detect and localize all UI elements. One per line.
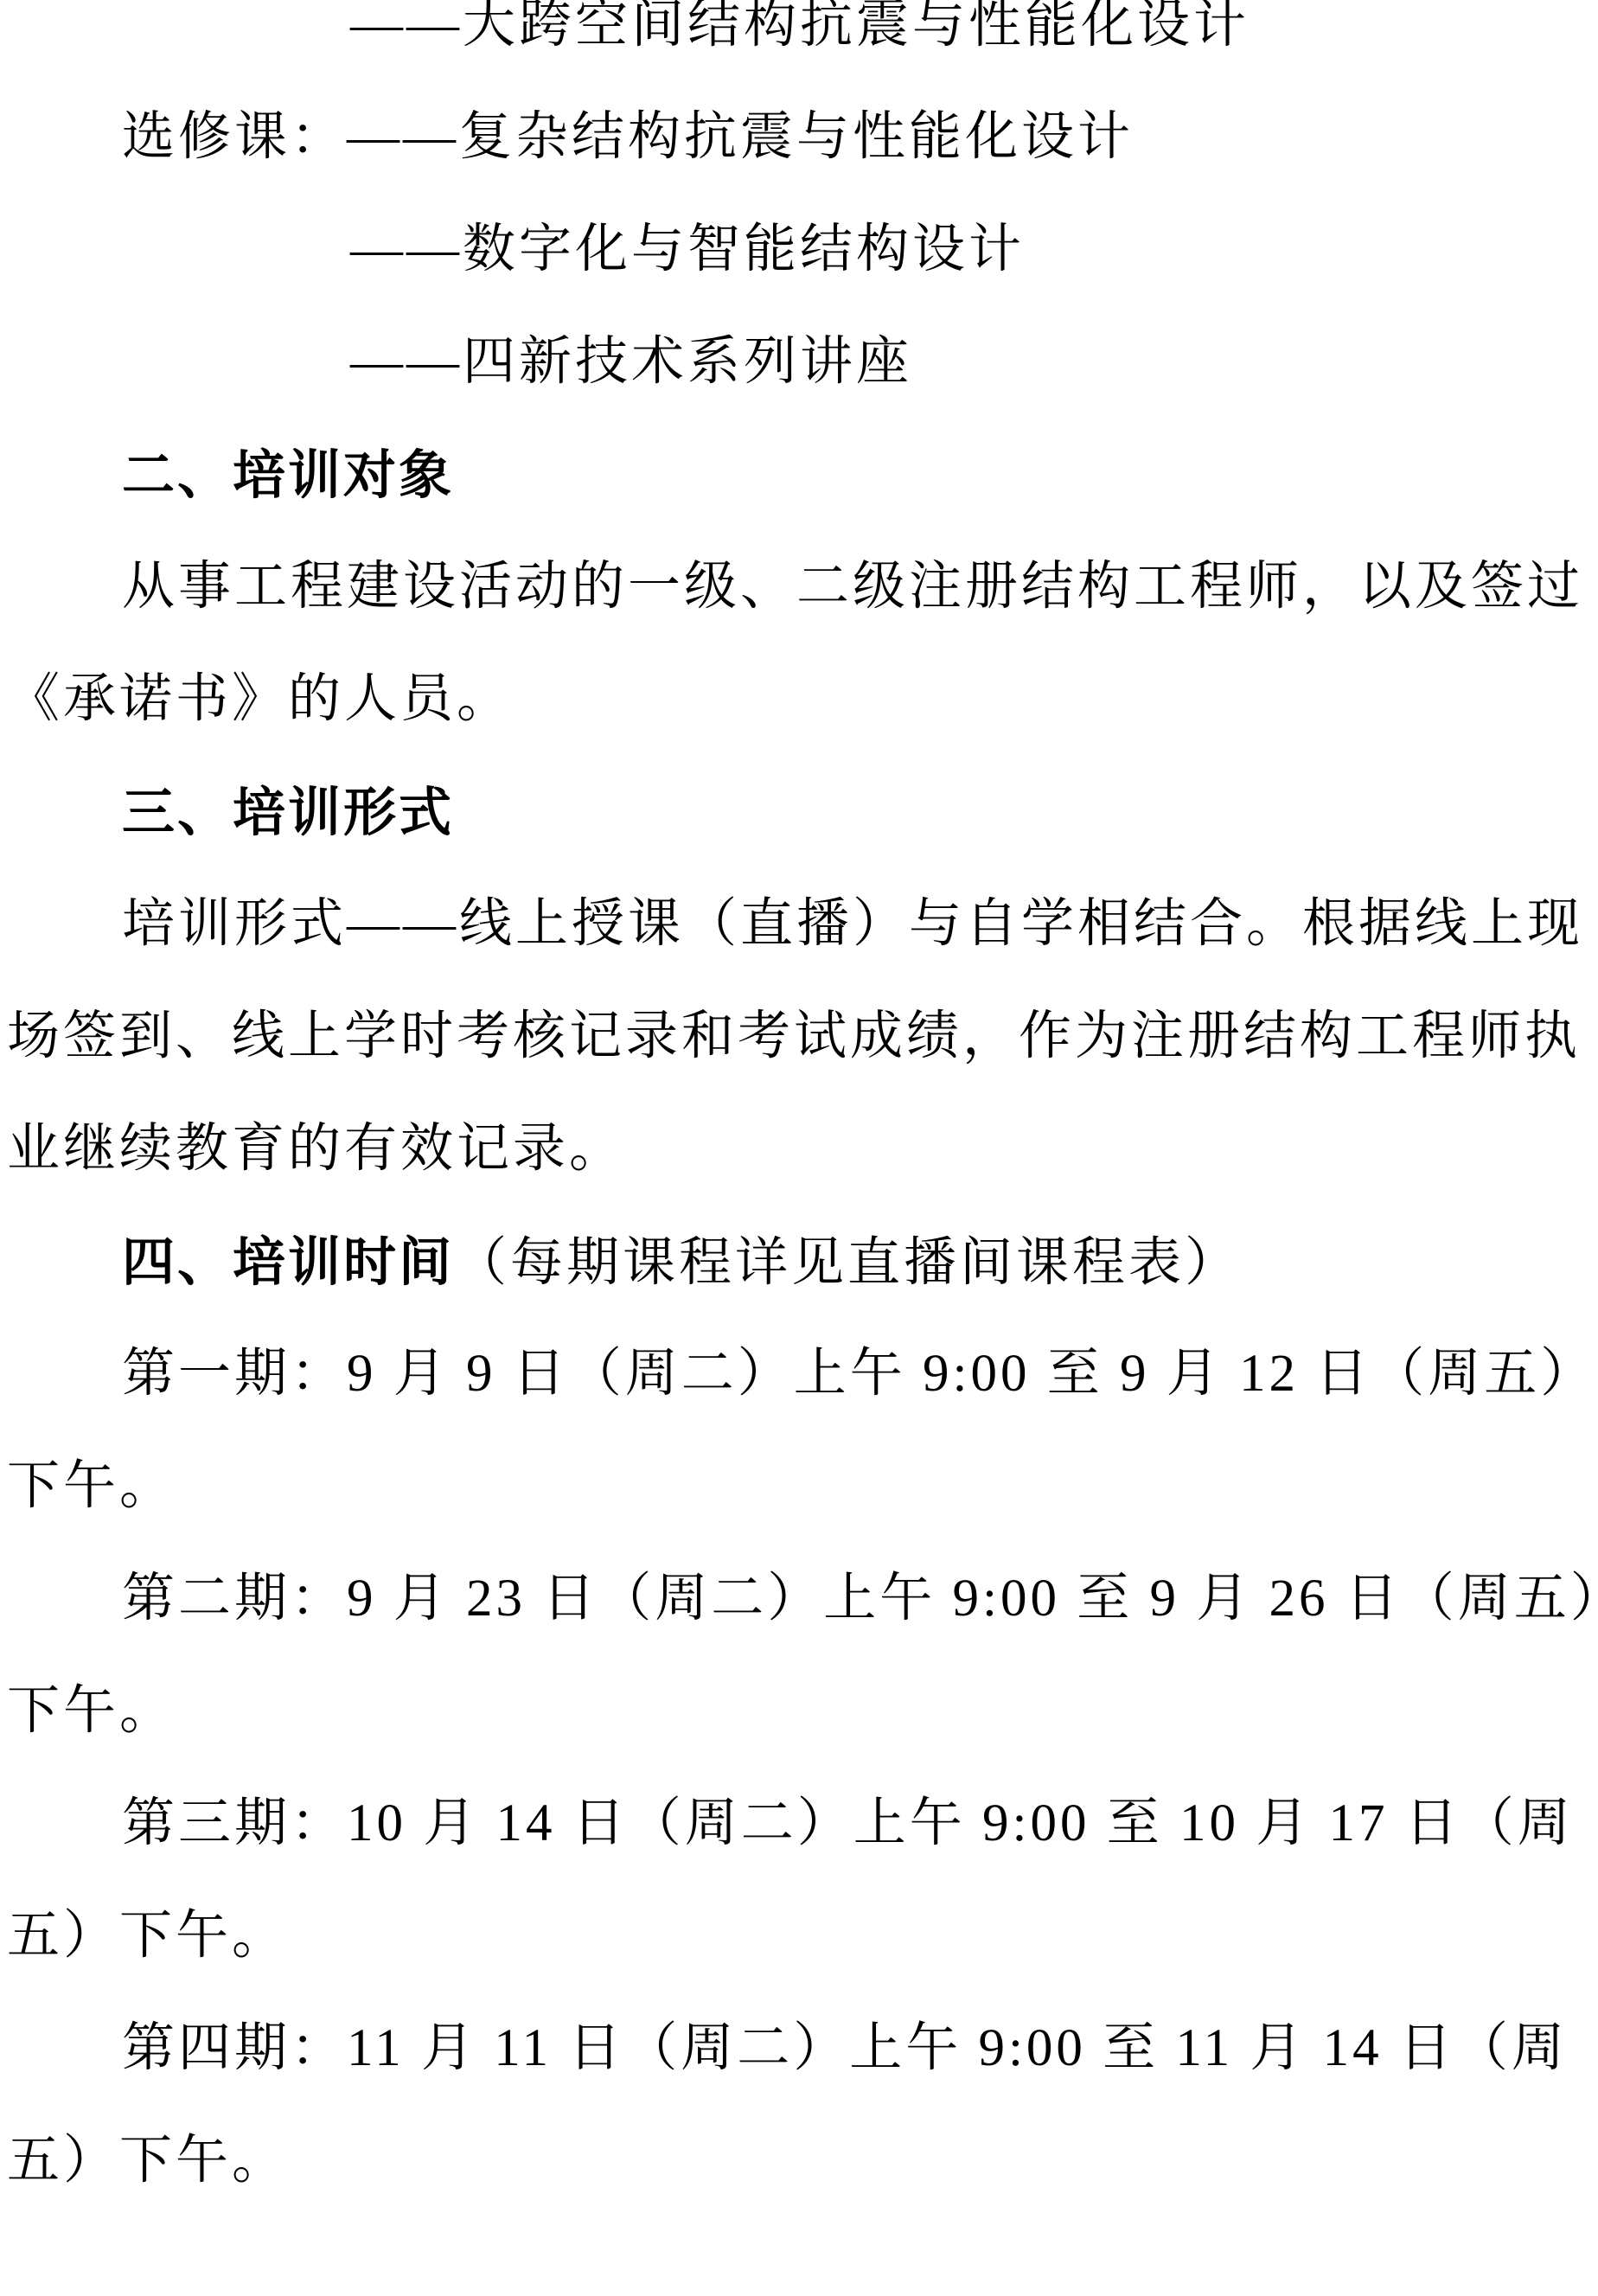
- elective-course-line: ——数字化与智能结构设计: [350, 221, 1025, 278]
- elective-course-line: 选修课：——复杂结构抗震与性能化设计: [122, 109, 1134, 166]
- session-text: 下午。: [7, 1682, 176, 1740]
- required-course-line: ——大跨空间结构抗震与性能化设计: [350, 0, 1250, 54]
- session-line: 第三期：10 月 14 日（周二）上午 9:00 至 10 月 17 日（周: [122, 1795, 1574, 1852]
- session-text: 五）下午。: [7, 1907, 288, 1965]
- paragraph-line: 业继续教育的有效记录。: [7, 1121, 625, 1178]
- session-line: 下午。: [7, 1458, 176, 1515]
- session-line: 五）下午。: [7, 2133, 288, 2190]
- elective-label: 选修课：: [122, 108, 347, 166]
- session-line: 第四期：11 月 11 日（周二）上午 9:00 至 11 月 14 日（周: [122, 2020, 1568, 2077]
- session-line: 第一期：9 月 9 日（周二）上午 9:00 至 9 月 12 日（周五）: [122, 1346, 1596, 1403]
- section-heading-text: 三、培训形式: [122, 783, 454, 841]
- session-text: 第四期：11 月 11 日（周二）上午 9:00 至 11 月 14 日（周: [122, 2019, 1568, 2077]
- session-text: 下午。: [7, 1457, 176, 1515]
- paragraph-line: 培训形式——线上授课（直播）与自学相结合。根据线上现: [122, 896, 1583, 953]
- session-line: 五）下午。: [7, 1908, 288, 1965]
- document-page: ——大跨空间结构抗震与性能化设计 选修课：——复杂结构抗震与性能化设计 ——数字…: [0, 0, 1598, 2296]
- paragraph-text: 《承诺书》的人员。: [7, 670, 513, 728]
- session-text: 五）下午。: [7, 2132, 288, 2190]
- paragraph-text: 培训形式——线上授课（直播）与自学相结合。根据线上现: [122, 895, 1583, 953]
- section-heading-trainees: 二、培训对象: [122, 446, 454, 503]
- course-item: ——复杂结构抗震与性能化设计: [347, 108, 1134, 166]
- session-line: 下午。: [7, 1683, 176, 1740]
- paragraph-text: 从事工程建设活动的一级、二级注册结构工程师，以及签过: [122, 558, 1583, 616]
- course-item: ——大跨空间结构抗震与性能化设计: [350, 0, 1250, 54]
- paragraph-text: 业继续教育的有效记录。: [7, 1120, 625, 1178]
- course-item: ——四新技术系列讲座: [350, 333, 912, 391]
- paragraph-text: 场签到、线上学时考核记录和考试成绩，作为注册结构工程师执: [7, 1007, 1581, 1065]
- section-heading-text: 四、培训时间: [122, 1232, 454, 1291]
- section-heading-text: 二、培训对象: [122, 445, 454, 504]
- course-item: ——数字化与智能结构设计: [350, 221, 1025, 278]
- elective-course-line: ——四新技术系列讲座: [350, 334, 912, 391]
- section-heading-note: （每期课程详见直播间课程表）: [454, 1234, 1241, 1292]
- paragraph-line: 《承诺书》的人员。: [7, 671, 513, 728]
- paragraph-line: 从事工程建设活动的一级、二级注册结构工程师，以及签过: [122, 559, 1583, 616]
- session-text: 第三期：10 月 14 日（周二）上午 9:00 至 10 月 17 日（周: [122, 1794, 1574, 1852]
- section-heading-schedule: 四、培训时间（每期课程详见直播间课程表）: [122, 1233, 1241, 1290]
- paragraph-line: 场签到、线上学时考核记录和考试成绩，作为注册结构工程师执: [7, 1008, 1581, 1065]
- session-line: 第二期：9 月 23 日（周二）上午 9:00 至 9 月 26 日（周五）: [122, 1570, 1598, 1628]
- section-heading-format: 三、培训形式: [122, 783, 454, 841]
- session-text: 第二期：9 月 23 日（周二）上午 9:00 至 9 月 26 日（周五）: [122, 1570, 1598, 1628]
- session-text: 第一期：9 月 9 日（周二）上午 9:00 至 9 月 12 日（周五）: [122, 1345, 1596, 1403]
